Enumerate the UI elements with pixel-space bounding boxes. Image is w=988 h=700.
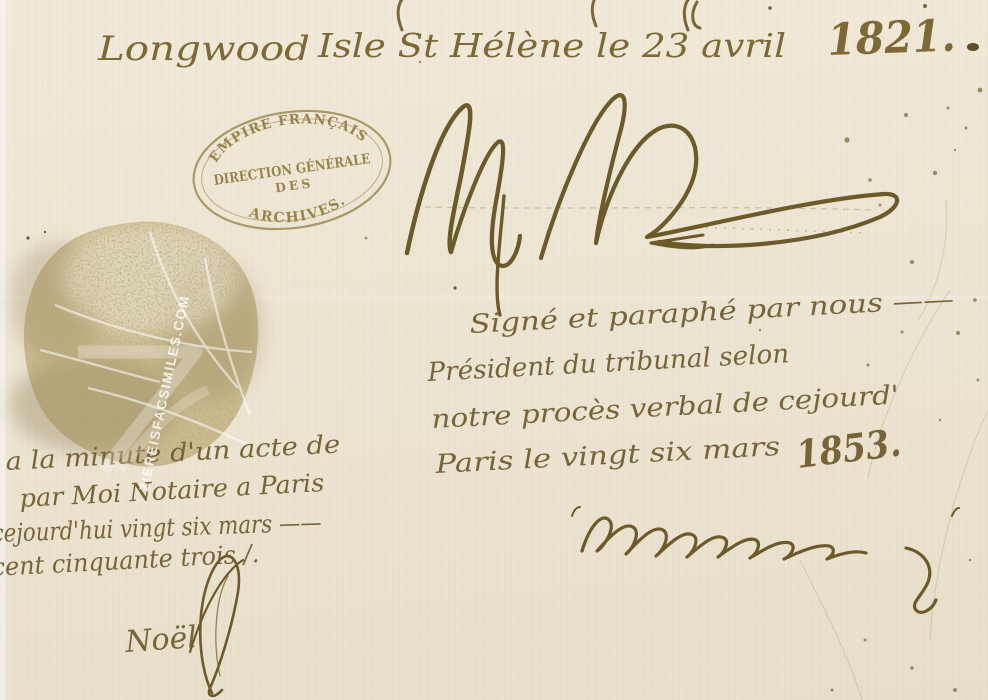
ink-blot	[967, 43, 979, 51]
dateline-place: Longwood	[97, 29, 310, 69]
dateline-year: 1821.	[827, 11, 957, 66]
notary-signature-name: Noël	[123, 620, 198, 660]
facsimile-document: Longwood Isle St Hélène le 23 avril 1821…	[0, 0, 988, 700]
document-canvas: Longwood Isle St Hélène le 23 avril 1821…	[0, 0, 988, 700]
dateline-text: Isle St Hélène le 23 avril	[317, 26, 786, 65]
